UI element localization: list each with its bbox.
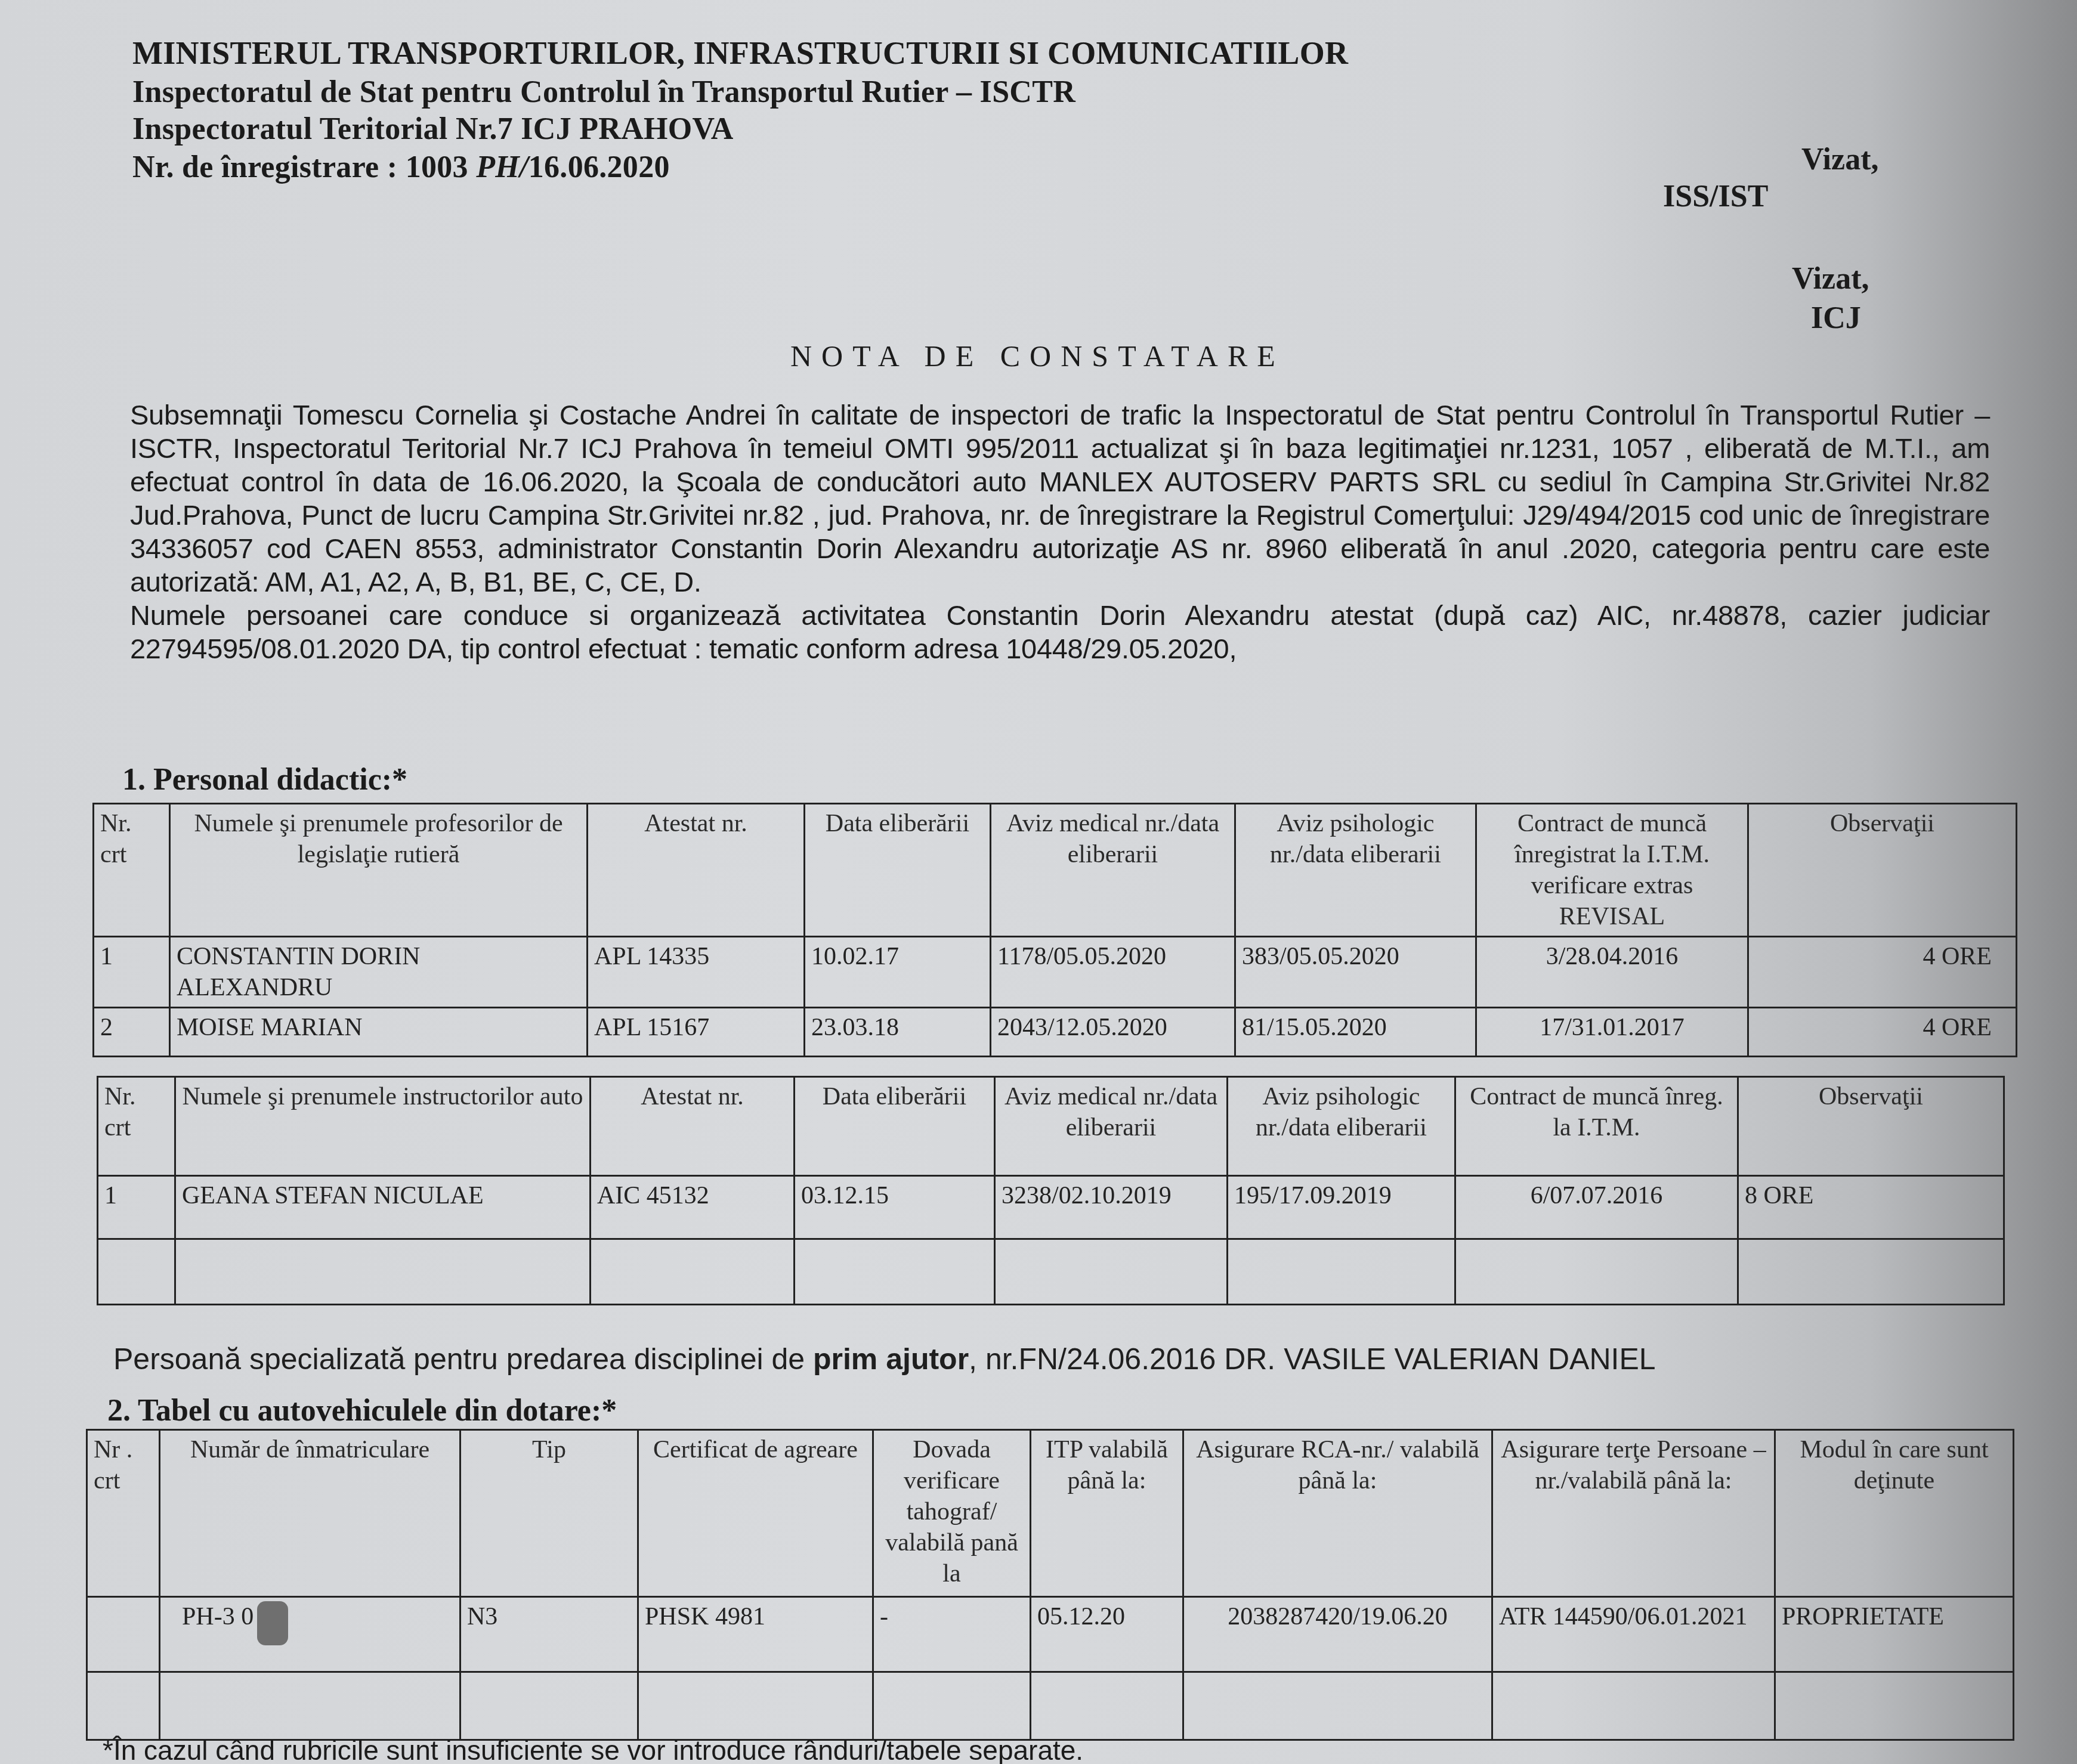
approval-iss-label: Vizat, (1801, 142, 1878, 178)
cell-third-party: ATR 144590/06.01.2021 (1492, 1597, 1775, 1672)
approval-icj-label: Vizat, (1792, 261, 1869, 297)
header-cell: Tip (460, 1430, 638, 1597)
cell-medical: 1178/05.05.2020 (991, 937, 1235, 1008)
cell-nr: 1 (98, 1176, 175, 1239)
cell-empty (1738, 1239, 2004, 1305)
cell-medical: 3238/02.10.2019 (995, 1176, 1228, 1239)
table-row: PH-3 0 N3 PHSK 4981 - 05.12.20 203828742… (87, 1597, 2014, 1672)
vehicles-table: Nr . crt Număr de înmatriculare Tip Cert… (86, 1429, 2014, 1741)
cell-contract: 3/28.04.2016 (1476, 937, 1748, 1008)
cell-plate: PH-3 0 (160, 1597, 460, 1672)
cell-empty (1228, 1239, 1455, 1305)
cell-date: 03.12.15 (795, 1176, 995, 1239)
intro-paragraph: Subsemnaţii Tomescu Cornelia şi Costache… (130, 398, 1990, 599)
cell-atestat: AIC 45132 (591, 1176, 795, 1239)
header-cell: Certificat de agreare (638, 1430, 873, 1597)
cell-nr (87, 1597, 160, 1672)
header-cell: Dovada verificare tahograf/ valabilă pan… (873, 1430, 1031, 1597)
cell-certificate: PHSK 4981 (638, 1597, 873, 1672)
cell-contract: 6/07.07.2016 (1455, 1176, 1738, 1239)
table-row: 1 CONSTANTIN DORIN ALEXANDRU APL 14335 1… (94, 937, 2017, 1008)
cell-itp: 05.12.20 (1031, 1597, 1183, 1672)
header-cell: Numele şi prenumele profesorilor de legi… (170, 804, 588, 937)
header-cell: Modul în care sunt deţinute (1775, 1430, 2014, 1597)
header-cell: Număr de înmatriculare (160, 1430, 460, 1597)
header-cell: Asigurare RCA-nr./ valabilă până la: (1183, 1430, 1492, 1597)
header-cell: Atestat nr. (588, 804, 805, 937)
cell-empty (795, 1239, 995, 1305)
cell-psych: 195/17.09.2019 (1228, 1176, 1455, 1239)
registration-date: 16.06.2020 (528, 150, 670, 184)
intro-section: Subsemnaţii Tomescu Cornelia şi Costache… (130, 398, 1990, 666)
header-cell: Aviz medical nr./data eliberarii (995, 1077, 1228, 1176)
cell-empty (873, 1672, 1031, 1740)
vehicles-table-header: Nr . crt Număr de înmatriculare Tip Cert… (87, 1430, 2014, 1597)
cell-tachograph: - (873, 1597, 1031, 1672)
redaction-mark (257, 1601, 288, 1645)
header-cell: Contract de muncă înreg. la I.T.M. (1455, 1077, 1738, 1176)
instructors-table: Nr. crt Numele şi prenumele instructoril… (97, 1076, 2005, 1305)
header-cell: Data eliberării (795, 1077, 995, 1176)
territorial-inspectorate: Inspectoratul Teritorial Nr.7 ICJ PRAHOV… (132, 111, 734, 148)
cell-empty (995, 1239, 1228, 1305)
table-row-empty (87, 1672, 2014, 1740)
cell-type: N3 (460, 1597, 638, 1672)
cell-empty (1775, 1672, 2014, 1740)
instructors-table-header: Nr. crt Numele şi prenumele instructoril… (98, 1077, 2004, 1176)
cell-atestat: APL 15167 (588, 1008, 805, 1057)
cell-contract: 17/31.01.2017 (1476, 1008, 1748, 1057)
header-cell: Nr. crt (94, 804, 170, 937)
cell-empty (591, 1239, 795, 1305)
cell-empty (98, 1239, 175, 1305)
first-aid-line: Persoană specializată pentru predarea di… (113, 1342, 1656, 1376)
inspectorate-name: Inspectoratul de Stat pentru Controlul î… (132, 74, 1075, 111)
cell-observations: 8 ORE (1738, 1176, 2004, 1239)
cell-empty (638, 1672, 873, 1740)
cell-empty (1455, 1239, 1738, 1305)
approval-iss-sub: ISS/IST (1663, 179, 1768, 215)
cell-name: GEANA STEFAN NICULAE (175, 1176, 591, 1239)
cell-empty (460, 1672, 638, 1740)
registration-label: Nr. de înregistrare : 1003 (132, 150, 476, 184)
cell-empty (160, 1672, 460, 1740)
header-cell: Nr . crt (87, 1430, 160, 1597)
cell-name: CONSTANTIN DORIN ALEXANDRU (170, 937, 588, 1008)
header-cell: Aviz psihologic nr./data eliberarii (1235, 804, 1476, 937)
cell-observations: 4 ORE (1748, 1008, 2017, 1057)
header-cell: Observaţii (1738, 1077, 2004, 1176)
cell-empty (1492, 1672, 1775, 1740)
cell-rca: 2038287420/19.06.20 (1183, 1597, 1492, 1672)
cell-ownership: PROPRIETATE (1775, 1597, 2014, 1672)
cell-observations: 4 ORE (1748, 937, 2017, 1008)
footnote: *În cazul când rubricile sunt insuficien… (103, 1734, 1083, 1764)
first-aid-suffix: , nr.FN/24.06.2016 DR. VASILE VALERIAN D… (969, 1342, 1655, 1376)
table-row: 2 MOISE MARIAN APL 15167 23.03.18 2043/1… (94, 1008, 2017, 1057)
document-title: NOTA DE CONSTATARE (790, 339, 1285, 373)
header-cell: Aviz psihologic nr./data eliberarii (1228, 1077, 1455, 1176)
cell-atestat: APL 14335 (588, 937, 805, 1008)
header-cell: Asigurare terţe Persoane – nr./valabilă … (1492, 1430, 1775, 1597)
header-cell: Atestat nr. (591, 1077, 795, 1176)
registration-series: PH/ (476, 150, 528, 184)
cell-date: 10.02.17 (805, 937, 991, 1008)
table-row: 1 GEANA STEFAN NICULAE AIC 45132 03.12.1… (98, 1176, 2004, 1239)
header-cell: Nr. crt (98, 1077, 175, 1176)
teachers-table: Nr. crt Numele şi prenumele profesorilor… (92, 803, 2017, 1057)
cell-empty (1031, 1672, 1183, 1740)
table-row-empty (98, 1239, 2004, 1305)
cell-nr: 2 (94, 1008, 170, 1057)
first-aid-bold: prim ajutor (813, 1342, 969, 1376)
section-personnel-heading: 1. Personal didactic:* (122, 762, 407, 797)
cell-psych: 81/15.05.2020 (1235, 1008, 1476, 1057)
first-aid-prefix: Persoană specializată pentru predarea di… (113, 1342, 813, 1376)
registration-number: Nr. de înregistrare : 1003 PH/16.06.2020 (132, 149, 670, 186)
header-cell: ITP valabilă până la: (1031, 1430, 1183, 1597)
section-vehicles-heading: 2. Tabel cu autovehiculele din dotare:* (107, 1393, 617, 1428)
header-cell: Observaţii (1748, 804, 2017, 937)
cell-empty (87, 1672, 160, 1740)
header-cell: Aviz medical nr./data eliberarii (991, 804, 1235, 937)
cell-psych: 383/05.05.2020 (1235, 937, 1476, 1008)
cell-empty (175, 1239, 591, 1305)
cell-date: 23.03.18 (805, 1008, 991, 1057)
cell-empty (1183, 1672, 1492, 1740)
approval-icj-sub: ICJ (1811, 301, 1861, 336)
header-cell: Numele şi prenumele instructorilor auto (175, 1077, 591, 1176)
cell-nr: 1 (94, 937, 170, 1008)
manager-paragraph: Numele persoanei care conduce si organiz… (130, 599, 1990, 666)
plate-number: PH-3 0 (182, 1603, 254, 1630)
teachers-table-header: Nr. crt Numele şi prenumele profesorilor… (94, 804, 2017, 937)
header-cell: Data eliberării (805, 804, 991, 937)
ministry-name: MINISTERUL TRANSPORTURILOR, INFRASTRUCTU… (132, 35, 1348, 72)
cell-medical: 2043/12.05.2020 (991, 1008, 1235, 1057)
header-cell: Contract de muncă înregistrat la I.T.M. … (1476, 804, 1748, 937)
cell-name: MOISE MARIAN (170, 1008, 588, 1057)
